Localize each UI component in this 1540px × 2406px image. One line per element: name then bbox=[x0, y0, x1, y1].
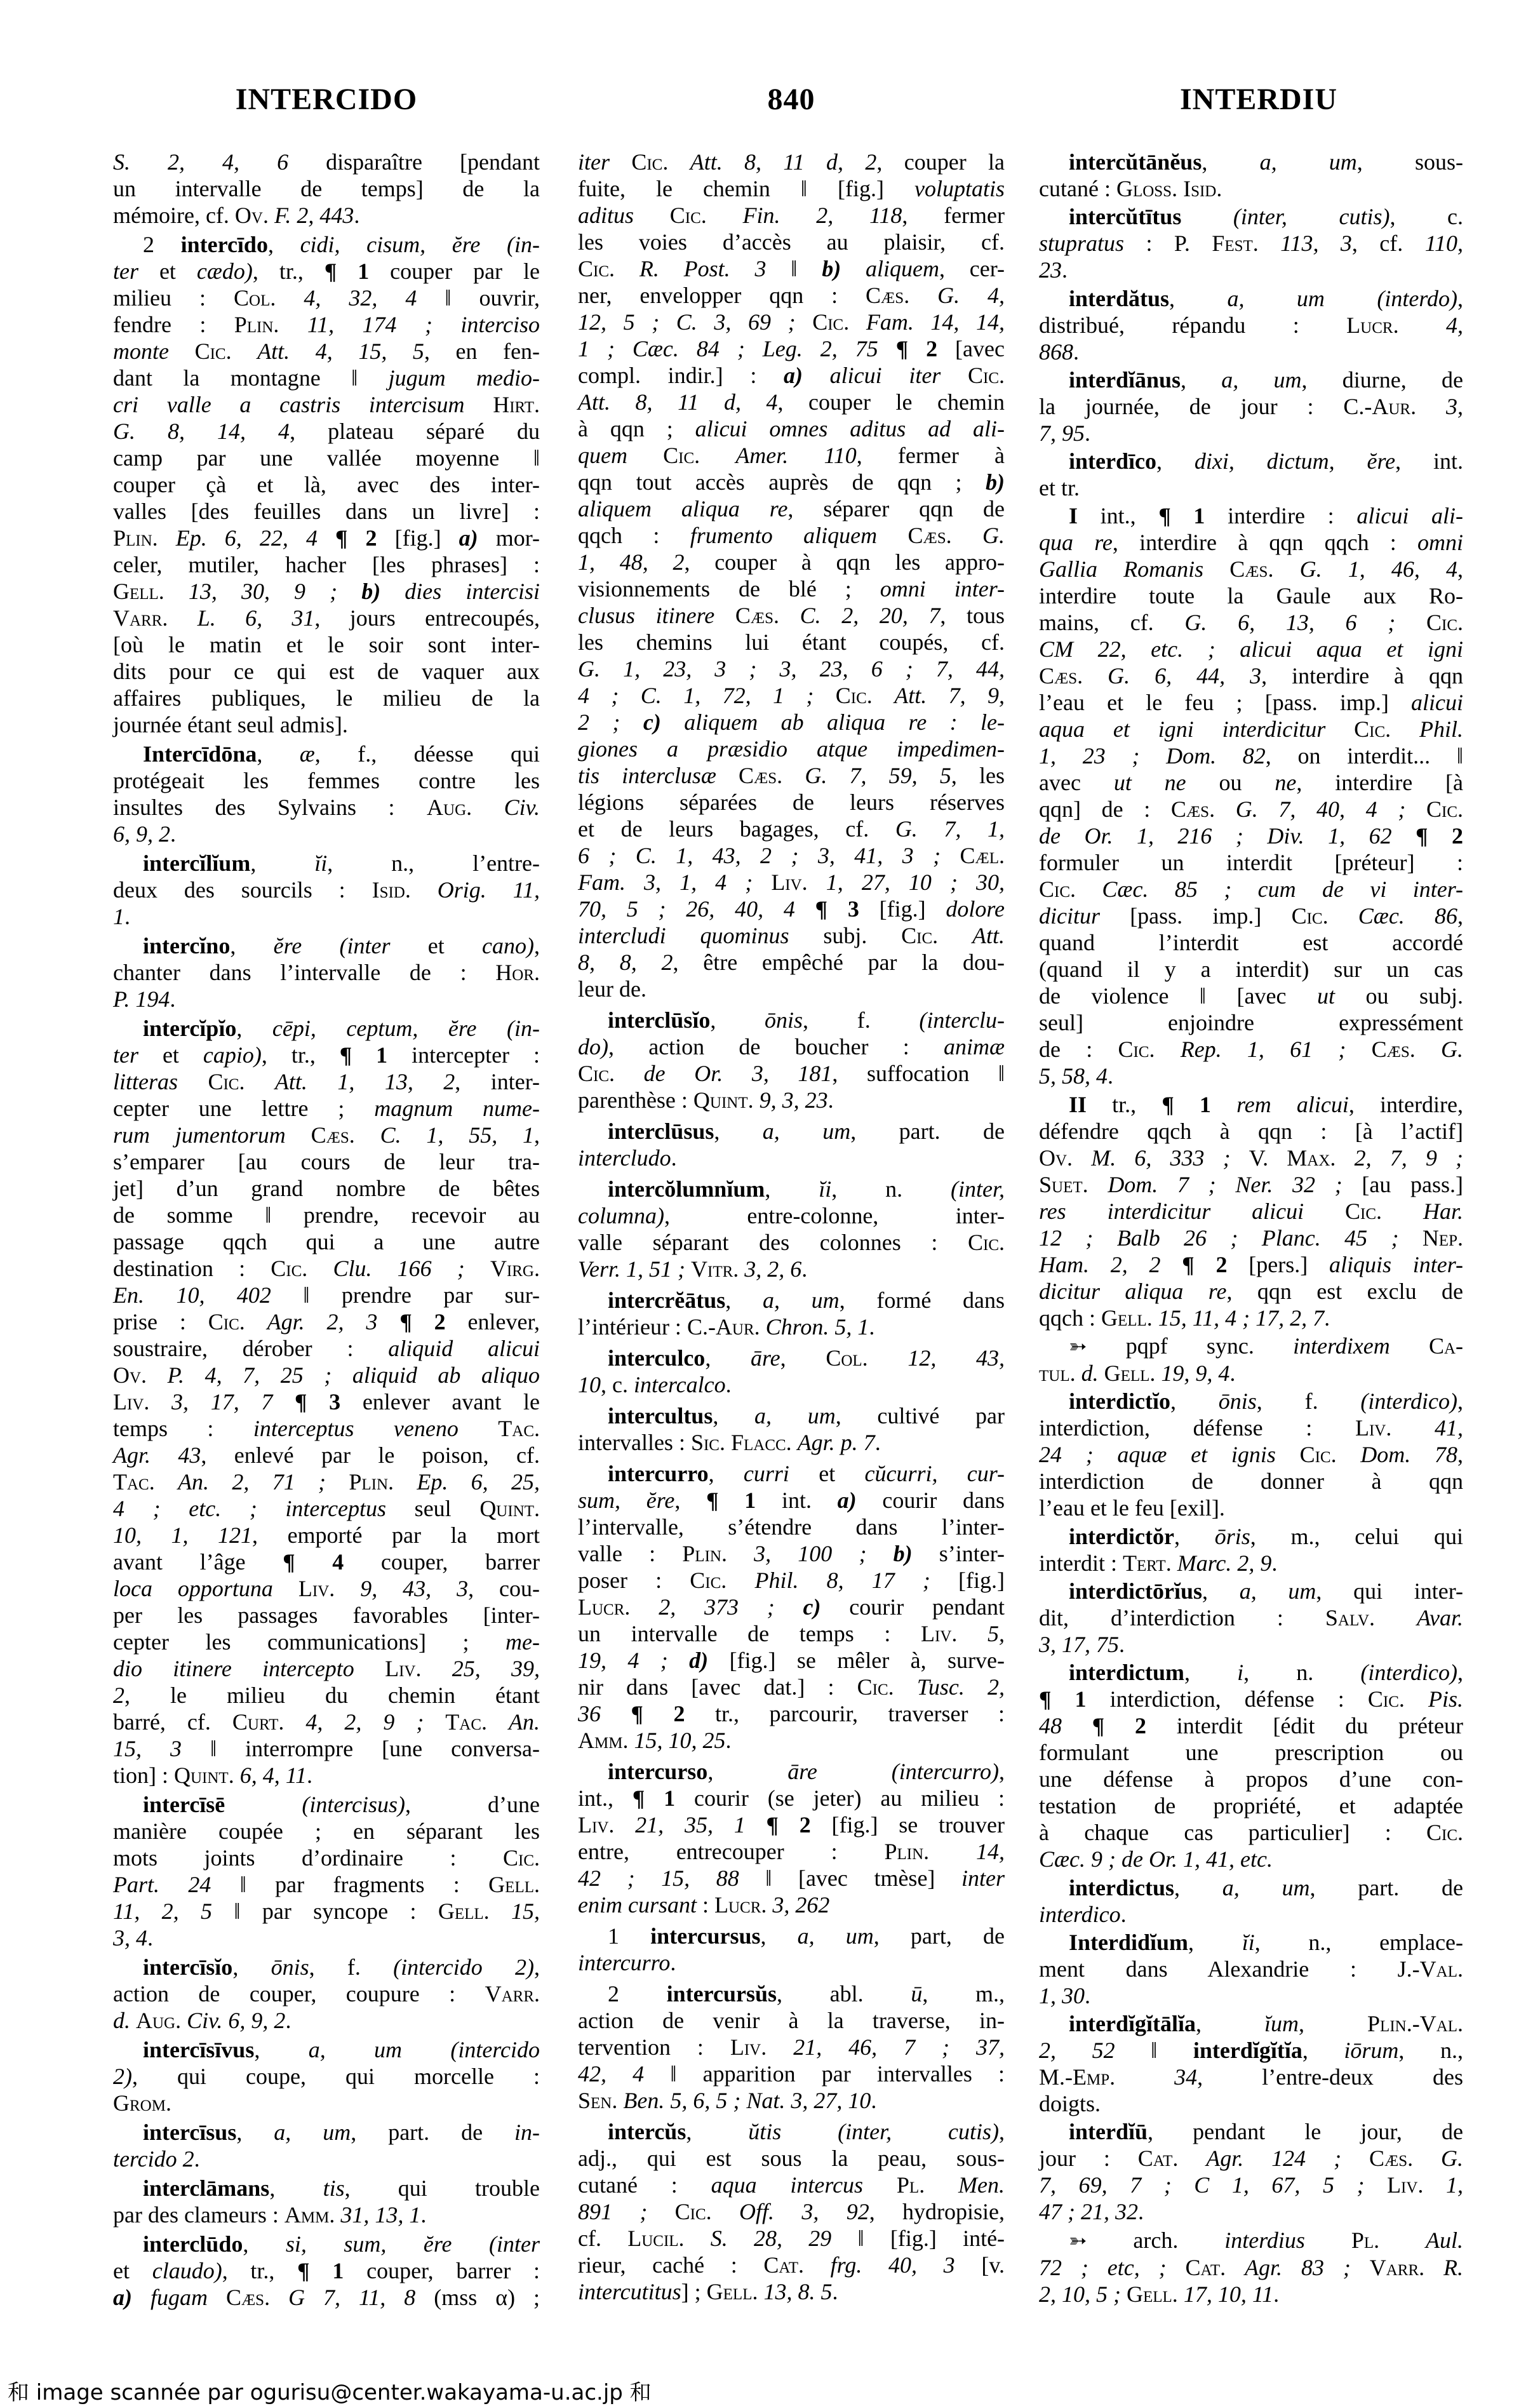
text-run bbox=[1076, 877, 1102, 902]
text-run bbox=[1167, 2255, 1186, 2280]
text-run: . bbox=[671, 1145, 677, 1171]
text-run bbox=[1076, 1361, 1081, 1386]
text-run: , bbox=[232, 1954, 271, 1980]
text-run: , bbox=[236, 1016, 272, 1041]
text-run: [fig.] bbox=[377, 525, 459, 551]
text-run: à chaque cas particulier] : bbox=[1039, 1820, 1426, 1845]
section-marker: ¶ 2 bbox=[1092, 1713, 1146, 1738]
text-run bbox=[685, 1256, 691, 1282]
text-run bbox=[714, 603, 735, 628]
headword: intercīsus bbox=[143, 2120, 236, 2145]
text-run: quand l’interdit est accordé bbox=[1039, 930, 1463, 955]
author-abbreviation: Aug. bbox=[136, 2008, 181, 2033]
text-run: interdiction de donner à qqn bbox=[1039, 1468, 1463, 1494]
italic-run: qua re bbox=[1039, 530, 1113, 555]
text-run bbox=[149, 1389, 171, 1415]
text-line: les voies d’accès au plaisir, cf. bbox=[578, 229, 1005, 255]
text-run: intervalles : bbox=[578, 1430, 691, 1455]
italic-run: Clu. 166 ; bbox=[333, 1256, 464, 1281]
italic-run: cano) bbox=[482, 933, 534, 958]
text-run: ment dans Alexandrie : bbox=[1039, 1956, 1398, 1982]
text-run bbox=[779, 603, 800, 628]
italic-run: 48 bbox=[1039, 1713, 1062, 1738]
text-run bbox=[1336, 1145, 1354, 1171]
italic-run: ōnis bbox=[765, 1007, 803, 1033]
text-line: aqua et igni interdicitur Cic. Phil. bbox=[1039, 716, 1463, 743]
text-run: . bbox=[1085, 1983, 1090, 2008]
italic-run: ĭi bbox=[819, 1176, 831, 1202]
entry-first-line: intercīsīvus, a, um (intercido bbox=[113, 2036, 540, 2063]
text-line: intervalles : Sic. Flacc. Agr. p. 7. bbox=[578, 1429, 1005, 1456]
entry-first-line: Interdidĭum, ĭi, n., emplace- bbox=[1039, 1929, 1463, 1956]
italic-run: aditus bbox=[578, 203, 634, 228]
italic-run: Orig. 11, bbox=[438, 877, 540, 903]
text-run bbox=[1365, 2172, 1388, 2198]
author-abbreviation: Cic. bbox=[836, 683, 873, 708]
text-line: cri valle a castris intercisum Hirt. bbox=[113, 391, 540, 418]
text-run: l’intervalle, s’étendre dans l’inter- bbox=[578, 1514, 1005, 1540]
running-head-first-entry: INTERCIDO bbox=[113, 84, 540, 115]
text-line: jour : Cat. Agr. 124 ; Cæs. G. bbox=[1039, 2145, 1463, 2172]
italic-run: de Or. 3, 181 bbox=[644, 1061, 833, 1086]
italic-run: Amer. 110 bbox=[735, 443, 856, 468]
italic-run: fugam bbox=[151, 2285, 208, 2310]
italic-run: jugum medio- bbox=[389, 365, 540, 391]
text-run: dant la montagne ‖ bbox=[113, 365, 389, 391]
author-abbreviation: Cic. bbox=[271, 1256, 307, 1281]
text-line: cutané : aqua intercus Pl. Men. bbox=[578, 2172, 1005, 2198]
headword: interclāmans bbox=[143, 2175, 269, 2201]
italic-run: inter bbox=[961, 1865, 1005, 1891]
subsection-label: b) bbox=[361, 579, 380, 604]
italic-run: (inter, bbox=[951, 1176, 1005, 1202]
text-line: per les passages favorables [inter- bbox=[113, 1602, 540, 1629]
italic-run: Dom. 7 ; Ner. 32 ; bbox=[1108, 1172, 1342, 1197]
author-abbreviation: Plin. bbox=[884, 1839, 929, 1864]
entry-first-line: intercĭlĭum, ĭi, n., l’entre- bbox=[113, 850, 540, 877]
author-abbreviation: Varr. bbox=[1370, 2255, 1424, 2280]
entry-first-line: interdătus, a, um (interdo), bbox=[1039, 285, 1463, 312]
author-abbreviation: Cic. bbox=[578, 1061, 615, 1086]
text-run: , les bbox=[951, 763, 1005, 788]
italic-run: G. 7, 59, 5 bbox=[805, 763, 951, 788]
italic-run: 15, bbox=[511, 1899, 540, 1924]
italic-run: æ bbox=[300, 741, 315, 767]
text-line: camp par une vallée moyenne ‖ bbox=[113, 445, 540, 471]
text-run: interdit : bbox=[1039, 1550, 1123, 1576]
text-line: litteras Cic. Att. 1, 13, 2, inter- bbox=[113, 1068, 540, 1095]
italic-run: iōrum bbox=[1344, 2038, 1398, 2063]
text-line: ¶ 1 interdiction, défense : Cic. Pis. bbox=[1039, 1686, 1463, 1712]
text-line: qqn tout accès auprès de qqn ; b) bbox=[578, 469, 1005, 495]
italic-run: aqua intercus bbox=[711, 2172, 863, 2198]
text-run bbox=[849, 309, 866, 335]
headword: intercĭpĭo bbox=[143, 1016, 236, 1041]
text-line: valle : Plin. 3, 100 ; b) s’inter- bbox=[578, 1540, 1005, 1567]
text-line: cf. Lucil. S. 28, 29 ‖ [fig.] inté- bbox=[578, 2225, 1005, 2252]
text-run: couper, barrer : bbox=[344, 2258, 540, 2283]
text-run bbox=[244, 1069, 274, 1094]
text-line: 1. bbox=[113, 903, 540, 930]
headword: interclūsĭo bbox=[608, 1007, 710, 1033]
headword: interdictĭo bbox=[1069, 1388, 1170, 1414]
text-run: enlever avant le bbox=[340, 1389, 540, 1415]
text-run: , part. de bbox=[1310, 1875, 1463, 1900]
italic-run: Avar. bbox=[1417, 1605, 1463, 1630]
text-run: s’inter- bbox=[913, 1541, 1005, 1566]
text-line: quem Cic. Amer. 110, fermer à bbox=[578, 442, 1005, 469]
italic-run: dies intercisi bbox=[405, 579, 540, 604]
author-abbreviation: Gell. bbox=[707, 2279, 758, 2304]
text-run: mor- bbox=[478, 525, 540, 551]
author-abbreviation: C.-Aur. bbox=[1343, 394, 1416, 419]
text-line: formuler un interdit [préteur] : bbox=[1039, 849, 1463, 876]
italic-run: Att. 8, 11 d, 4 bbox=[578, 389, 777, 415]
text-line: 8, 8, 2, être empêché par la dou- bbox=[578, 949, 1005, 976]
text-run: défendre qqch à qqn : [à l’actif] bbox=[1039, 1119, 1463, 1144]
author-abbreviation: V. Max. bbox=[1249, 1145, 1336, 1171]
entry-first-line: interculco, āre, Col. 12, 43, bbox=[578, 1345, 1005, 1371]
text-line: tercido 2. bbox=[113, 2146, 540, 2172]
italic-run: intercalco bbox=[634, 1372, 726, 1397]
text-line: CM 22, etc. ; alicui aqua et igni bbox=[1039, 636, 1463, 662]
text-run bbox=[1099, 1361, 1104, 1386]
headword: interculco bbox=[608, 1345, 705, 1371]
italic-run: tis bbox=[323, 2175, 345, 2201]
headword: interdĭānus bbox=[1069, 367, 1181, 393]
text-run: , c. bbox=[601, 1372, 634, 1397]
author-abbreviation: Cic. bbox=[968, 1230, 1005, 1255]
italic-run: 14, bbox=[976, 1839, 1005, 1864]
text-run: , diurne, de bbox=[1302, 367, 1463, 393]
author-abbreviation: J.-Val. bbox=[1398, 1956, 1463, 1982]
text-run: . bbox=[1062, 257, 1068, 283]
text-line: et claudo), tr., ¶ 1 couper, barrer : bbox=[113, 2257, 540, 2284]
text-run: , bbox=[1299, 2011, 1367, 2036]
text-run: distribué, répandu : bbox=[1039, 313, 1346, 338]
text-run: , interdire, bbox=[1349, 1092, 1463, 1117]
author-abbreviation: Cæs. bbox=[311, 1122, 355, 1148]
text-run bbox=[1337, 1442, 1361, 1467]
italic-run: 1, 30 bbox=[1039, 1983, 1085, 2008]
italic-run: d. bbox=[1081, 1361, 1099, 1386]
italic-run: R. Post. 3 bbox=[639, 256, 767, 281]
italic-run: 3, 262 bbox=[772, 1892, 829, 1918]
author-abbreviation: Cæs. bbox=[735, 603, 779, 628]
text-run: mains, cf. bbox=[1039, 610, 1184, 635]
headword: intercŭtānĕus bbox=[1069, 149, 1202, 175]
headword: intercursŭs bbox=[667, 1981, 777, 2006]
text-run: , pendant le jour, de bbox=[1148, 2119, 1463, 2144]
text-run: , couper la bbox=[876, 149, 1005, 175]
entry-first-line: 1 intercursus, a, um, part, de bbox=[578, 1923, 1005, 1949]
text-run bbox=[707, 203, 743, 228]
text-run: , bbox=[999, 2119, 1005, 2144]
text-run: int., bbox=[578, 1785, 633, 1811]
text-run: de somme ‖ prendre, recevoir au bbox=[113, 1202, 540, 1228]
text-run: [avec bbox=[937, 336, 1005, 361]
text-run: , sous- bbox=[1357, 149, 1463, 175]
dictionary-column-middle: iter Cic. Att. 8, 11 d, 2, couper lafuit… bbox=[578, 149, 1005, 2305]
author-abbreviation: Amm. bbox=[285, 2202, 335, 2228]
text-run: , bbox=[1174, 1875, 1222, 1900]
italic-run: a, um bbox=[1260, 149, 1357, 175]
text-line: poser : Cic. Phil. 8, 17 ; [fig.] bbox=[578, 1567, 1005, 1594]
text-run: . bbox=[828, 1087, 834, 1113]
text-run: , bbox=[707, 1759, 787, 1784]
italic-run: a, um bbox=[763, 1119, 850, 1144]
text-run bbox=[1398, 1225, 1422, 1251]
text-run: . bbox=[725, 1728, 731, 1753]
entry-first-line: interdĭū, pendant le jour, de bbox=[1039, 2118, 1463, 2145]
text-run bbox=[1073, 1145, 1091, 1171]
running-head-last-entry: INTERDIU bbox=[1045, 84, 1472, 115]
text-line: tis interclusæ Cæs. G. 7, 59, 5, les bbox=[578, 762, 1005, 789]
italic-run: 6 ; C. 1, 43, 2 ; 3, 41, 3 ; bbox=[578, 843, 941, 868]
text-run bbox=[169, 339, 195, 364]
italic-run: S. 2, 4, 6 bbox=[113, 149, 288, 175]
italic-run: ter bbox=[113, 259, 138, 284]
text-run bbox=[873, 683, 894, 708]
sense-numeral: II bbox=[1069, 1092, 1087, 1117]
author-abbreviation: Cic. bbox=[195, 339, 232, 364]
author-abbreviation: Cic. bbox=[503, 1845, 540, 1871]
italic-run: G. 6, 13, 6 ; bbox=[1184, 610, 1395, 635]
italic-run: Part. 24 bbox=[113, 1872, 211, 1897]
text-run bbox=[615, 256, 639, 281]
headword: intercĭno bbox=[143, 933, 230, 958]
text-line: M.-Emp. 34, l’entre-deux des bbox=[1039, 2064, 1463, 2090]
author-abbreviation: Liv. bbox=[113, 1389, 149, 1415]
text-run bbox=[270, 2285, 288, 2310]
author-abbreviation: Pl. bbox=[897, 2172, 925, 2198]
author-abbreviation: Liv. bbox=[298, 1576, 335, 1601]
italic-run: 2, 373 ; bbox=[659, 1594, 803, 1620]
text-run bbox=[868, 1345, 908, 1371]
text-run: arch. bbox=[1087, 2228, 1225, 2253]
text-run: , bbox=[1181, 367, 1221, 393]
text-run bbox=[273, 1576, 298, 1601]
text-line: qua re, interdire à qqn qqch : omni bbox=[1039, 529, 1463, 556]
text-run: cutané : bbox=[578, 2172, 711, 2198]
text-line: Cic. Cæc. 85 ; cum de vi inter- bbox=[1039, 876, 1463, 903]
headword: intercŭs bbox=[608, 2119, 686, 2144]
italic-run: cēpi, ceptum, ĕre (in- bbox=[272, 1016, 540, 1041]
italic-run: (intercido 2) bbox=[393, 1954, 534, 1980]
author-abbreviation: Plin. bbox=[349, 1469, 394, 1495]
text-run: doigts. bbox=[1039, 2091, 1101, 2116]
text-line: 868. bbox=[1039, 339, 1463, 365]
text-run: , bbox=[725, 1287, 763, 1313]
italic-run: ĕre (inter bbox=[274, 933, 391, 958]
text-line: dit, d’interdiction : Salv. Avar. bbox=[1039, 1604, 1463, 1631]
text-run: jour : bbox=[1039, 2146, 1138, 2171]
text-run: , bbox=[268, 232, 300, 257]
text-line: Ov. M. 6, 333 ; V. Max. 2, 7, 9 ; bbox=[1039, 1145, 1463, 1171]
text-run: tr., bbox=[1087, 1092, 1162, 1117]
text-run: , bbox=[760, 1923, 797, 1949]
italic-run: 21, 46, 7 ; 37, bbox=[793, 2034, 1005, 2060]
author-abbreviation: Cæl. bbox=[960, 843, 1005, 868]
text-run: , bbox=[1174, 1524, 1215, 1549]
italic-run: (interdico) bbox=[1360, 1660, 1457, 1685]
text-run: , bbox=[1196, 2011, 1264, 2036]
subsection-label: c) bbox=[643, 709, 661, 735]
text-run: ‖ apparition par intervalles : bbox=[644, 2061, 1005, 2087]
text-line: milieu : Col. 4, 32, 4 ‖ ouvrir, bbox=[113, 285, 540, 311]
author-abbreviation: Cic. bbox=[1345, 1199, 1382, 1224]
text-run bbox=[158, 525, 176, 551]
text-line: soustraire, dérober : aliquid alicui bbox=[113, 1335, 540, 1362]
author-abbreviation: Lucr. bbox=[1346, 313, 1398, 338]
text-line: légions séparées de leurs réserves bbox=[578, 789, 1005, 816]
author-abbreviation: Gell. bbox=[1101, 1305, 1153, 1331]
text-line: rum jumentorum Cæs. C. 1, 55, 1, bbox=[113, 1122, 540, 1148]
text-run: qqch : bbox=[578, 523, 690, 548]
author-abbreviation: Cic. bbox=[675, 2199, 712, 2224]
italic-run: 31, 13, 1 bbox=[340, 2202, 420, 2228]
italic-run: 12, 5 ; C. 3, 69 ; bbox=[578, 309, 796, 335]
italic-run: Cæc. 86 bbox=[1358, 903, 1457, 929]
text-line: 2, 52 ‖ interdĭgĭtĭa, iōrum, n., bbox=[1039, 2037, 1463, 2064]
italic-run: 113, 3 bbox=[1280, 231, 1352, 256]
author-abbreviation: Liv. bbox=[1355, 1415, 1391, 1441]
author-abbreviation: Gell. bbox=[488, 1872, 540, 1897]
text-line: action de couper, coupure : Varr. bbox=[113, 1980, 540, 2007]
text-line: défendre qqch à qqn : [à l’actif] bbox=[1039, 1118, 1463, 1145]
text-run bbox=[781, 2119, 838, 2144]
entry-first-line: intercīsē (intercisus), d’une bbox=[113, 1791, 540, 1818]
text-line: Varr. L. 6, 31, jours entrecoupés, bbox=[113, 605, 540, 631]
text-line: 11, 2, 5 ‖ par syncope : Gell. 15, bbox=[113, 1898, 540, 1925]
text-run: . bbox=[170, 821, 176, 847]
text-run: . bbox=[726, 1372, 732, 1397]
entry-first-line: intercultus, a, um, cultivé par bbox=[578, 1402, 1005, 1429]
author-abbreviation: Lucr. bbox=[714, 1892, 767, 1918]
italic-run: 4, 32, 4 bbox=[304, 285, 417, 311]
text-run: et bbox=[138, 259, 197, 284]
entry-first-line: intercurso, āre (intercurro), bbox=[578, 1758, 1005, 1785]
italic-run: Men. bbox=[958, 2172, 1005, 2198]
italic-run: Ep. 6, 22, 4 bbox=[176, 525, 318, 551]
text-line: journée étant seul admis]. bbox=[113, 711, 540, 738]
italic-run: 11, 174 ; interciso bbox=[307, 312, 540, 337]
author-abbreviation: Tac. bbox=[498, 1416, 540, 1441]
text-line: couper çà et là, avec des inter- bbox=[113, 471, 540, 498]
text-run: , suffocation ‖ bbox=[832, 1061, 1005, 1086]
text-run: légions séparées de leurs réserves bbox=[578, 790, 1005, 815]
text-run: ner, envelopper qqn : bbox=[578, 283, 866, 308]
text-line: 24 ; aquæ et ignis Cic. Dom. 78, bbox=[1039, 1441, 1463, 1468]
text-line: columna), entre-colonne, inter- bbox=[578, 1202, 1005, 1229]
text-line: l’eau et le feu ; [pass. imp.] alicui bbox=[1039, 689, 1463, 716]
italic-run: iter bbox=[578, 149, 610, 175]
text-run bbox=[181, 2008, 187, 2033]
scan-credit-footer: 和 image scannée par ogurisu@center.wakay… bbox=[8, 2382, 652, 2403]
text-line: 5, 58, 4. bbox=[1039, 1063, 1463, 1089]
text-line: l’intervalle, s’étendre dans l’inter- bbox=[578, 1514, 1005, 1540]
text-line: 15, 3 ‖ interrompre [une conversa- bbox=[113, 1735, 540, 1762]
author-abbreviation: Ov. bbox=[113, 1362, 147, 1388]
text-run: , bbox=[1457, 903, 1463, 929]
text-line: Plin. Ep. 6, 22, 4 ¶ 2 [fig.] a) mor- bbox=[113, 525, 540, 551]
text-run bbox=[490, 1899, 511, 1924]
text-run: cutané : bbox=[1039, 176, 1116, 201]
text-run: ou bbox=[1186, 770, 1275, 795]
italic-run: 4, 2, 9 ; bbox=[305, 1709, 424, 1735]
italic-run: 5, bbox=[988, 1621, 1005, 1646]
entry-first-line: interclūdo, si, sum, ĕre (inter bbox=[113, 2231, 540, 2257]
text-line: 1 ; Cæc. 84 ; Leg. 2, 75 ¶ 2 [avec bbox=[578, 335, 1005, 362]
text-run bbox=[1305, 2228, 1351, 2253]
entry-first-line: interdictĭo, ōnis, f. (interdico), bbox=[1039, 1388, 1463, 1415]
section-marker: ¶ 1 bbox=[1162, 1092, 1211, 1117]
author-abbreviation: Cic. bbox=[1426, 610, 1463, 635]
text-line: ment dans Alexandrie : J.-Val. bbox=[1039, 1956, 1463, 1982]
text-run bbox=[465, 1256, 490, 1281]
italic-run: 6, 9, 2 bbox=[113, 821, 170, 847]
italic-run: 4 ; C. 1, 72, 1 ; bbox=[578, 683, 814, 708]
text-line: Sen. Ben. 5, 6, 5 ; Nat. 3, 27, 10. bbox=[578, 2087, 1005, 2114]
italic-run: C. 1, 55, 1 bbox=[380, 1122, 534, 1148]
italic-run: 2 ; bbox=[578, 709, 643, 735]
italic-run: Phil. bbox=[1419, 716, 1463, 742]
italic-run: 2) bbox=[113, 2064, 132, 2089]
italic-run: 1, 27, 10 ; 30, bbox=[826, 870, 1005, 895]
text-run bbox=[421, 1656, 452, 1681]
text-run bbox=[284, 1709, 305, 1735]
text-run bbox=[726, 1568, 754, 1593]
entry-first-line: 2 intercursŭs, abl. ū, m., bbox=[578, 1980, 1005, 2007]
text-run bbox=[957, 1621, 988, 1646]
text-run: , bbox=[710, 1007, 765, 1033]
text-line: cutané : Gloss. Isid. bbox=[1039, 175, 1463, 202]
text-line: tion] : Quint. 6, 4, 11. bbox=[113, 1762, 540, 1789]
text-run: . bbox=[670, 1950, 676, 1975]
text-run: l’intérieur : bbox=[578, 1314, 687, 1340]
text-line: et tr. bbox=[1039, 474, 1463, 501]
text-line: 1, 48, 2, couper à qqn les appro- bbox=[578, 549, 1005, 575]
text-run bbox=[614, 1812, 635, 1838]
section-marker: ¶ 1 bbox=[340, 1042, 387, 1068]
author-abbreviation: Plin. bbox=[234, 312, 279, 337]
italic-run: frumento aliquem bbox=[690, 523, 877, 548]
headword: intercultus bbox=[608, 1403, 713, 1428]
text-run: , le milieu du chemin étant bbox=[124, 1683, 540, 1708]
italic-run: a, um bbox=[763, 1287, 840, 1313]
section-marker: ¶ 4 bbox=[283, 1549, 344, 1575]
author-abbreviation: Cic. bbox=[1292, 903, 1329, 929]
italic-run: tis interclusæ bbox=[578, 763, 716, 788]
text-run: la journée, de jour : bbox=[1039, 394, 1343, 419]
text-line: deux des sourcils : Isid. Orig. 11, bbox=[113, 877, 540, 903]
text-run: , qqn est exclu de bbox=[1226, 1279, 1463, 1304]
author-abbreviation: Cic. bbox=[690, 1568, 726, 1593]
italic-run: 9, 3, 23 bbox=[760, 1087, 828, 1113]
italic-run: Dom. 78 bbox=[1360, 1442, 1457, 1467]
author-abbreviation: Gloss. Isid. bbox=[1116, 176, 1222, 201]
text-line: dicitur aliqua re, qqn est exclu de bbox=[1039, 1278, 1463, 1305]
text-run bbox=[1416, 1037, 1441, 1062]
text-run: , tr., bbox=[253, 259, 325, 284]
text-line: passage qqch qui a une autre bbox=[113, 1228, 540, 1255]
text-run: , bbox=[674, 1488, 706, 1513]
entry-first-line: interdīco, dixi, dictum, ĕre, int. bbox=[1039, 448, 1463, 474]
text-run: qqn] de : bbox=[1039, 796, 1171, 822]
text-run: , part. de bbox=[850, 1119, 1005, 1144]
author-abbreviation: Cic. bbox=[631, 149, 668, 175]
italic-run: S. 28, 29 bbox=[711, 2226, 831, 2251]
